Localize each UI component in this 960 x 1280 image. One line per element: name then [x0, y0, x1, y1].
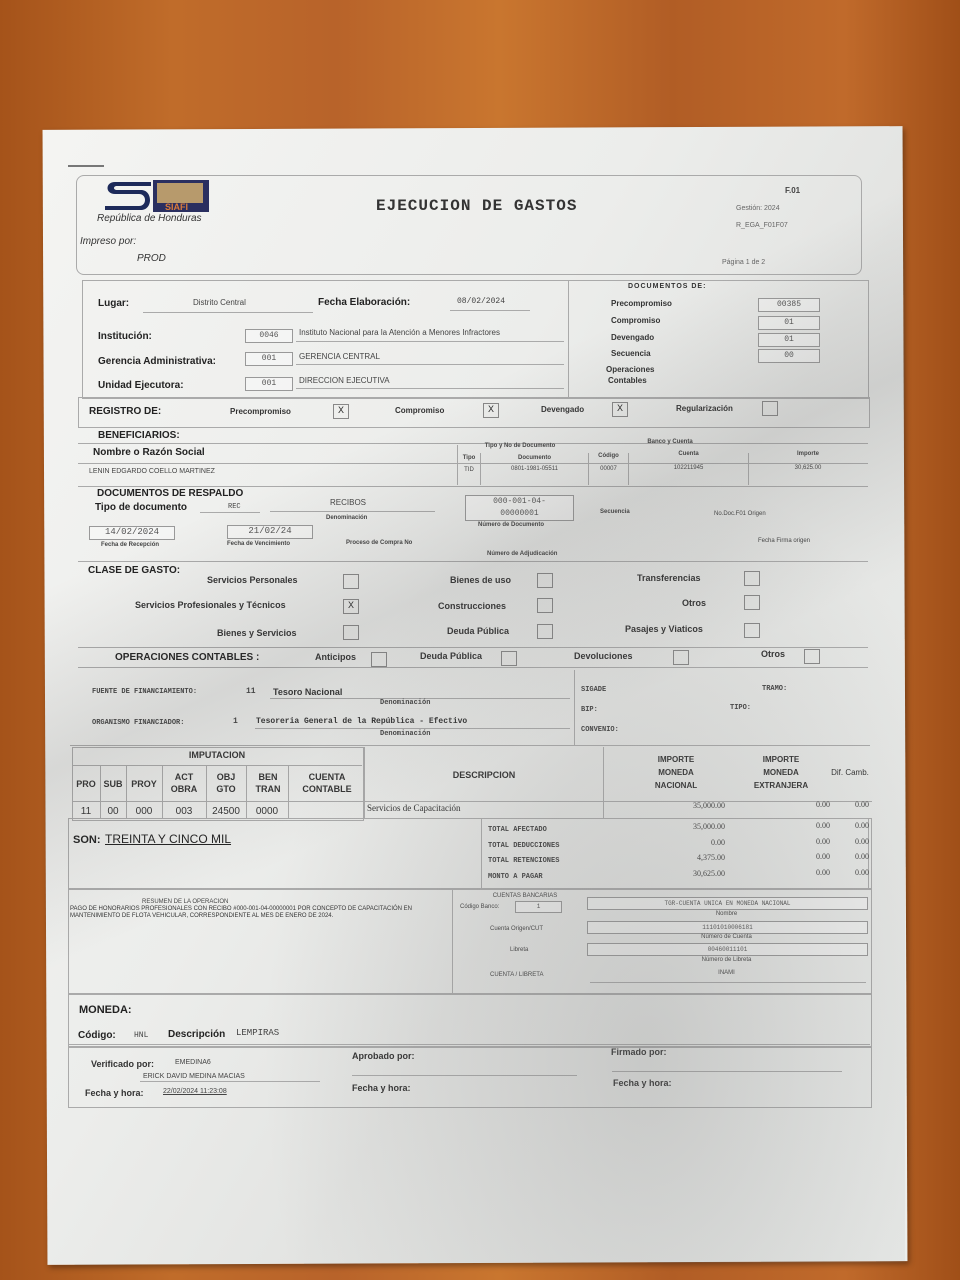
clase-servicios-personales-checkbox[interactable]: [343, 574, 359, 589]
clase-servicios-personales-label: Servicios Personales: [207, 575, 298, 585]
divider: [78, 561, 868, 562]
underline: [590, 982, 866, 983]
op-anticipos-label: Anticipos: [315, 652, 356, 662]
op-devoluciones-label: Devoluciones: [574, 651, 633, 661]
monto-pagar-label: MONTO A PAGAR: [488, 873, 543, 881]
divider: [457, 445, 458, 485]
fecha-elaboracion-value: 08/02/2024: [457, 297, 505, 306]
row-proy: 000: [126, 806, 162, 817]
registro-compromiso-checkbox[interactable]: X: [483, 403, 499, 418]
resumen-text: PAGO DE HONORARIOS PROFESIONALES CON REC…: [70, 906, 440, 920]
gerencia-code: 001: [245, 352, 293, 366]
siafi-logo: SIAFI: [103, 180, 209, 212]
secuencia-doc-label: Secuencia: [611, 349, 651, 358]
verificado-user: EMEDINA6: [175, 1059, 211, 1066]
total-afectado-nacional: 35,000.00: [620, 822, 725, 831]
row-descripcion: Servicios de Capacitación: [367, 803, 460, 813]
underline: [270, 511, 435, 512]
cuenta-nombre-label: Nombre: [587, 911, 866, 917]
organismo-label: ORGANISMO FINANCIADOR:: [92, 719, 184, 727]
divider: [78, 647, 868, 648]
registro-devengado-label: Devengado: [541, 405, 584, 414]
row-extranjera: 0.00: [760, 800, 830, 809]
registro-section: [78, 397, 870, 428]
form-code: F.01: [785, 186, 800, 195]
beneficiario-nombre: LENIN EDGARDO COELLO MARTINEZ: [89, 468, 215, 475]
divider: [364, 747, 365, 819]
resumen-title: RESUMEN DE LA OPERACION: [142, 899, 228, 905]
country-label: República de Honduras: [97, 213, 202, 224]
signature-line: [140, 1081, 320, 1082]
clase-bienes-uso-label: Bienes de uso: [450, 575, 511, 585]
row-sub: 00: [100, 806, 126, 817]
gerencia-label: Gerencia Administrativa:: [98, 356, 216, 367]
cuenta-origen-label: Cuenta Origen/CUT: [490, 926, 543, 932]
secuencia-doc-value: 00: [758, 349, 820, 363]
lugar-value: Distrito Central: [193, 298, 246, 307]
divider: [78, 463, 868, 464]
row-ben: 0000: [246, 806, 288, 817]
underline: [200, 512, 260, 513]
col-cuenta: Cuenta: [629, 451, 748, 457]
divider: [68, 1044, 870, 1045]
son-value: TREINTA Y CINCO MIL: [105, 832, 231, 846]
col-importe: Importe: [749, 451, 867, 457]
op-devoluciones-checkbox[interactable]: [673, 650, 689, 665]
libreta-value: 00460011101: [587, 943, 868, 956]
convenio-label: CONVENIO:: [581, 726, 619, 734]
verificado-fecha-label: Fecha y hora:: [85, 1088, 144, 1098]
col-dif-camb: Dif. Camb.: [830, 766, 870, 779]
adjudicacion-label: Número de Adjudicación: [487, 551, 557, 557]
divider: [452, 888, 453, 993]
col-obj-gto: OBJ GTO: [208, 771, 244, 795]
respaldo-title: DOCUMENTOS DE RESPALDO: [97, 488, 243, 499]
institucion-value: Instituto Nacional para la Atención a Me…: [299, 328, 500, 337]
registro-regularizacion-checkbox[interactable]: [762, 401, 778, 416]
unidad-value: DIRECCION EJECUTIVA: [299, 376, 390, 385]
organismo-code: 1: [233, 717, 238, 726]
s-logo-icon: [103, 180, 153, 212]
col-importe-nacional: IMPORTE MONEDA NACIONAL: [640, 753, 712, 792]
cuenta-libreta-label: CUENTA / LIBRETA: [490, 972, 543, 978]
verificado-name: ERICK DAVID MEDINA MACIAS: [143, 1073, 245, 1080]
tipo-label: TIPO:: [730, 704, 751, 712]
libreta-label: Libreta: [510, 947, 528, 953]
clase-construcciones-checkbox[interactable]: [537, 598, 553, 613]
clase-servicios-profesionales-checkbox[interactable]: X: [343, 599, 359, 614]
total-retenciones-dif: 0.00: [840, 852, 869, 861]
verificado-fecha-value: 22/02/2024 11:23:08: [163, 1088, 227, 1095]
clase-otros-label: Otros: [682, 598, 706, 608]
op-anticipos-checkbox[interactable]: [371, 652, 387, 667]
col-act-obra: ACT OBRA: [166, 771, 202, 795]
compromiso-doc-label: Compromiso: [611, 316, 660, 325]
beneficiario-tipo: TID: [458, 467, 480, 473]
cuentas-title: CUENTAS BANCARIAS: [470, 893, 580, 899]
tipo-documento-value: REC: [228, 503, 241, 511]
firmado-label: Firmado por:: [611, 1047, 667, 1057]
page-mark: [68, 165, 104, 167]
beneficiario-importe: 30,625.00: [749, 465, 867, 471]
divider: [568, 280, 569, 397]
tipo-documento-label: Tipo de documento: [95, 502, 187, 513]
numero-documento-box: 000-001-04- 00000001: [465, 495, 574, 521]
fuente-value: Tesoro Nacional: [273, 687, 342, 697]
col-codigo: Código: [589, 453, 628, 459]
row-obj: 24500: [206, 806, 246, 817]
moneda-title: MONEDA:: [79, 1004, 132, 1016]
registro-precompromiso-label: Precompromiso: [230, 407, 291, 416]
clase-transferencias-label: Transferencias: [637, 573, 701, 583]
cuenta-nombre-value: TGR-CUENTA UNICA EN MONEDA NACIONAL: [587, 897, 868, 910]
beneficiario-codigo: 00007: [589, 466, 628, 472]
clase-bienes-servicios-checkbox[interactable]: [343, 625, 359, 640]
underline: [296, 364, 564, 365]
clase-transferencias-checkbox[interactable]: [744, 571, 760, 586]
total-deducciones-nacional: 0.00: [620, 838, 725, 847]
underline: [450, 310, 530, 311]
underline: [255, 728, 570, 729]
denominacion-label: Denominación: [326, 515, 367, 521]
monto-pagar-extranjera: 0.00: [760, 868, 830, 877]
logo-text: SIAFI: [165, 202, 188, 212]
clase-deuda-publica-checkbox[interactable]: [537, 624, 553, 639]
row-act: 003: [162, 806, 206, 817]
numero-documento-line2: 00000001: [466, 508, 573, 520]
registro-devengado-checkbox[interactable]: X: [612, 402, 628, 417]
operaciones-label: OPERACIONES CONTABLES :: [115, 652, 259, 663]
gestion: Gestión: 2024: [736, 205, 780, 212]
denominacion-value: RECIBOS: [330, 498, 366, 507]
cuenta-libreta-value: INAMI: [587, 970, 866, 976]
clase-construcciones-label: Construcciones: [438, 601, 506, 611]
divider: [288, 765, 289, 819]
beneficiario-documento: 0801-1981-05511: [481, 466, 588, 472]
printed-by-label: Impreso por:: [80, 236, 136, 247]
col-tipo: Tipo: [458, 455, 480, 461]
institucion-label: Institución:: [98, 331, 152, 342]
total-retenciones-label: TOTAL RETENCIONES: [488, 857, 559, 865]
unidad-label: Unidad Ejecutora:: [98, 380, 184, 391]
row-pro: 11: [72, 806, 100, 817]
aprobado-label: Aprobado por:: [352, 1051, 415, 1061]
beneficiario-name-header: Nombre o Razón Social: [93, 447, 205, 458]
fecha-recepcion-label: Fecha de Recepción: [101, 542, 159, 548]
organismo-denominacion-label: Denominación: [380, 730, 430, 738]
monto-pagar-nacional: 30,625.00: [620, 869, 725, 878]
total-deducciones-extranjera: 0.00: [760, 837, 830, 846]
compromiso-doc-value: 01: [758, 316, 820, 330]
organismo-value: Tesoreria General de la República - Efec…: [256, 717, 467, 726]
registro-compromiso-label: Compromiso: [395, 406, 444, 415]
total-retenciones-nacional: 4,375.00: [620, 853, 725, 862]
codigo-banco-value: 1: [515, 901, 562, 913]
fecha-firma-origen-label: Fecha Firma origen: [758, 538, 810, 544]
nodoc-origen-label: No.Doc.F01 Origen: [714, 511, 766, 517]
precompromiso-doc-label: Precompromiso: [611, 299, 672, 308]
precompromiso-doc-value: 00385: [758, 298, 820, 312]
firmado-fecha-label: Fecha y hora:: [613, 1078, 672, 1088]
report-id: R_EGA_F01F07: [736, 222, 788, 229]
tramo-label: TRAMO:: [762, 685, 787, 693]
totales-section: [68, 818, 872, 890]
monto-pagar-dif: 0.00: [840, 868, 869, 877]
fuente-financiamiento-label: FUENTE DE FINANCIAMIENTO:: [92, 688, 197, 696]
underline: [296, 341, 564, 342]
col-sub: SUB: [100, 778, 126, 790]
operaciones-contables-label-1: Operaciones: [606, 365, 654, 374]
libreta-numero-label: Número de Libreta: [587, 957, 866, 963]
institucion-code: 0046: [245, 329, 293, 343]
registro-regularizacion-label: Regularización: [676, 404, 733, 413]
row-nacional: 35,000.00: [620, 801, 725, 810]
col-descripcion: DESCRIPCION: [365, 769, 603, 781]
total-retenciones-extranjera: 0.00: [760, 852, 830, 861]
sigade-label: SIGADE: [581, 686, 606, 694]
clase-pasajes-viaticos-label: Pasajes y Viaticos: [625, 624, 703, 634]
signature-line: [612, 1071, 842, 1072]
registro-precompromiso-checkbox[interactable]: X: [333, 404, 349, 419]
divider: [70, 745, 870, 746]
total-deducciones-dif: 0.00: [840, 837, 869, 846]
unidad-code: 001: [245, 377, 293, 391]
son-label: SON:: [73, 834, 101, 846]
fuente-denominacion-label: Denominación: [380, 699, 430, 707]
devengado-doc-value: 01: [758, 333, 820, 347]
beneficiario-cuenta: 102211945: [629, 465, 748, 471]
clase-otros-checkbox[interactable]: [744, 595, 760, 610]
moneda-descripcion-label: Descripción: [168, 1029, 225, 1040]
verificado-label: Verificado por:: [91, 1059, 154, 1069]
total-afectado-dif: 0.00: [840, 821, 869, 830]
secuencia-label: Secuencia: [600, 509, 630, 515]
col-pro: PRO: [72, 778, 100, 790]
fecha-vencimiento-label: Fecha de Vencimiento: [227, 541, 290, 547]
op-otros-checkbox[interactable]: [804, 649, 820, 664]
clase-servicios-profesionales-label: Servicios Profesionales y Técnicos: [135, 600, 286, 610]
page-number: Página 1 de 2: [722, 259, 765, 266]
op-deuda-publica-checkbox[interactable]: [501, 651, 517, 666]
printed-by-value: PROD: [137, 253, 166, 264]
col-documento: Documento: [481, 455, 588, 461]
moneda-codigo-value: HNL: [134, 1031, 148, 1040]
logo-emblem: SIAFI: [153, 180, 209, 212]
fecha-vencimiento-value: 21/02/24: [227, 525, 313, 539]
bip-label: BIP:: [581, 706, 598, 714]
numero-documento-label: Número de Documento: [478, 522, 544, 528]
divider: [603, 747, 604, 819]
underline: [143, 312, 313, 313]
divider: [78, 486, 868, 487]
op-deuda-publica-label: Deuda Pública: [420, 651, 482, 661]
doc-group-header: Tipo y No de Documento: [460, 443, 580, 449]
total-deducciones-label: TOTAL DEDUCCIONES: [488, 842, 559, 850]
divider: [481, 818, 482, 888]
divider: [72, 765, 362, 766]
total-afectado-extranjera: 0.00: [760, 821, 830, 830]
registro-label: REGISTRO DE:: [89, 406, 161, 417]
documentos-de-title: DOCUMENTOS DE:: [628, 283, 706, 290]
fuente-code: 11: [246, 687, 256, 696]
clase-bienes-servicios-label: Bienes y Servicios: [217, 628, 297, 638]
fecha-recepcion-value: 14/02/2024: [89, 526, 175, 540]
cuenta-numero-label: Número de Cuenta: [587, 934, 866, 940]
cuenta-numero-value: 11101010006181: [587, 921, 868, 934]
clase-bienes-uso-checkbox[interactable]: [537, 573, 553, 588]
clase-gasto-label: CLASE DE GASTO:: [88, 565, 180, 576]
divider: [72, 801, 872, 802]
bank-group-header: Banco y Cuenta: [610, 439, 730, 445]
divider: [78, 667, 868, 668]
col-importe-extranjera: IMPORTE MONEDA EXTRANJERA: [745, 753, 817, 792]
beneficiarios-title: BENEFICIARIOS:: [98, 430, 180, 441]
numero-documento-line1: 000-001-04-: [466, 496, 573, 508]
moneda-descripcion-value: LEMPIRAS: [236, 1028, 279, 1038]
clase-deuda-publica-label: Deuda Pública: [447, 626, 509, 636]
operaciones-contables-label-2: Contables: [608, 376, 647, 385]
moneda-codigo-label: Código:: [78, 1030, 116, 1041]
col-cuenta-contable: CUENTA CONTABLE: [292, 771, 362, 795]
signature-line: [352, 1075, 577, 1076]
devengado-doc-label: Devengado: [611, 333, 654, 342]
proceso-compra-label: Proceso de Compra No: [346, 540, 412, 546]
gerencia-value: GERENCIA CENTRAL: [299, 352, 380, 361]
lugar-label: Lugar:: [98, 298, 129, 309]
op-otros-label: Otros: [761, 649, 785, 659]
page-title: EJECUCION DE GASTOS: [376, 197, 577, 215]
clase-pasajes-viaticos-checkbox[interactable]: [744, 623, 760, 638]
row-dif: 0.00: [840, 800, 869, 809]
aprobado-fecha-label: Fecha y hora:: [352, 1083, 411, 1093]
col-proy: PROY: [126, 778, 162, 790]
imputacion-title: IMPUTACION: [72, 749, 362, 761]
fecha-elaboracion-label: Fecha Elaboración:: [318, 297, 410, 308]
col-ben-tran: BEN TRAN: [250, 771, 286, 795]
underline: [296, 388, 564, 389]
divider: [574, 670, 575, 745]
total-afectado-label: TOTAL AFECTADO: [488, 826, 547, 834]
codigo-banco-label: Código Banco:: [460, 904, 499, 910]
